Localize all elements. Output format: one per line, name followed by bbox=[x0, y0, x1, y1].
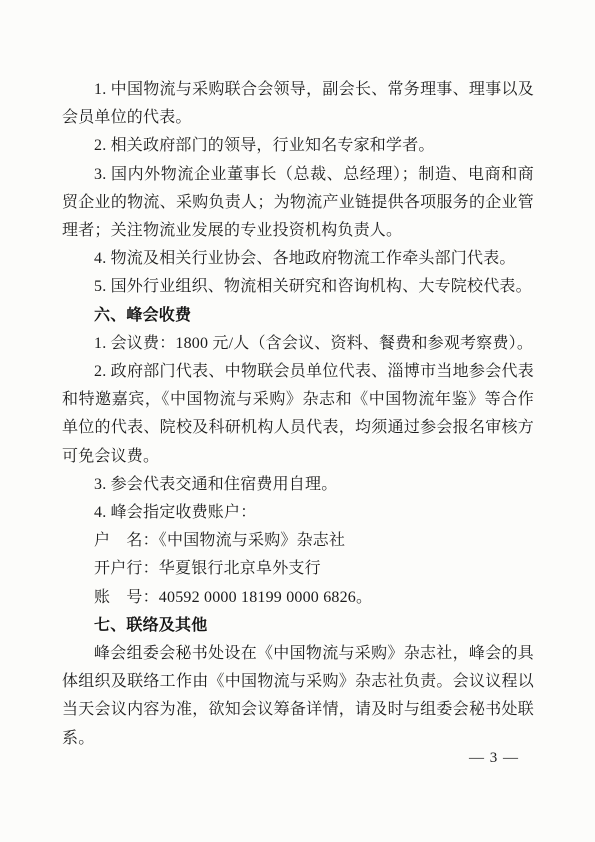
body-paragraph: 2. 相关政府部门的领导，行业知名专家和学者。 bbox=[62, 132, 534, 160]
body-paragraph: 5. 国外行业组织、物流相关研究和咨询机构、大专院校代表。 bbox=[62, 273, 534, 301]
document-body: 1. 中国物流与采购联合会领导，副会长、常务理事、理事以及会员单位的代表。2. … bbox=[62, 76, 534, 753]
body-paragraph: 4. 物流及相关行业协会、各地政府物流工作牵头部门代表。 bbox=[62, 245, 534, 273]
body-paragraph: 2. 政府部门代表、中物联会员单位代表、淄博市当地参会代表和特邀嘉宾，《中国物流… bbox=[62, 358, 534, 471]
body-paragraph: 账 号：40592 0000 18199 0000 6826。 bbox=[62, 584, 534, 612]
body-paragraph: 1. 会议费：1800 元/人（含会议、资料、餐费和参观考察费）。 bbox=[62, 330, 534, 358]
document-page: 1. 中国物流与采购联合会领导，副会长、常务理事、理事以及会员单位的代表。2. … bbox=[0, 0, 595, 842]
body-paragraph: 4. 峰会指定收费账户： bbox=[62, 499, 534, 527]
body-paragraph: 户 名：《中国物流与采购》杂志社 bbox=[62, 527, 534, 555]
section-heading: 六、峰会收费 bbox=[62, 302, 534, 330]
body-paragraph: 1. 中国物流与采购联合会领导，副会长、常务理事、理事以及会员单位的代表。 bbox=[62, 76, 534, 132]
body-paragraph: 峰会组委会秘书处设在《中国物流与采购》杂志社，峰会的具体组织及联络工作由《中国物… bbox=[62, 640, 534, 753]
body-paragraph: 3. 参会代表交通和住宿费用自理。 bbox=[62, 471, 534, 499]
section-heading: 七、联络及其他 bbox=[62, 612, 534, 640]
page-number: — 3 — bbox=[469, 748, 519, 768]
body-paragraph: 开户行：华夏银行北京阜外支行 bbox=[62, 555, 534, 583]
body-paragraph: 3. 国内外物流企业董事长（总裁、总经理）；制造、电商和商贸企业的物流、采购负责… bbox=[62, 161, 534, 246]
